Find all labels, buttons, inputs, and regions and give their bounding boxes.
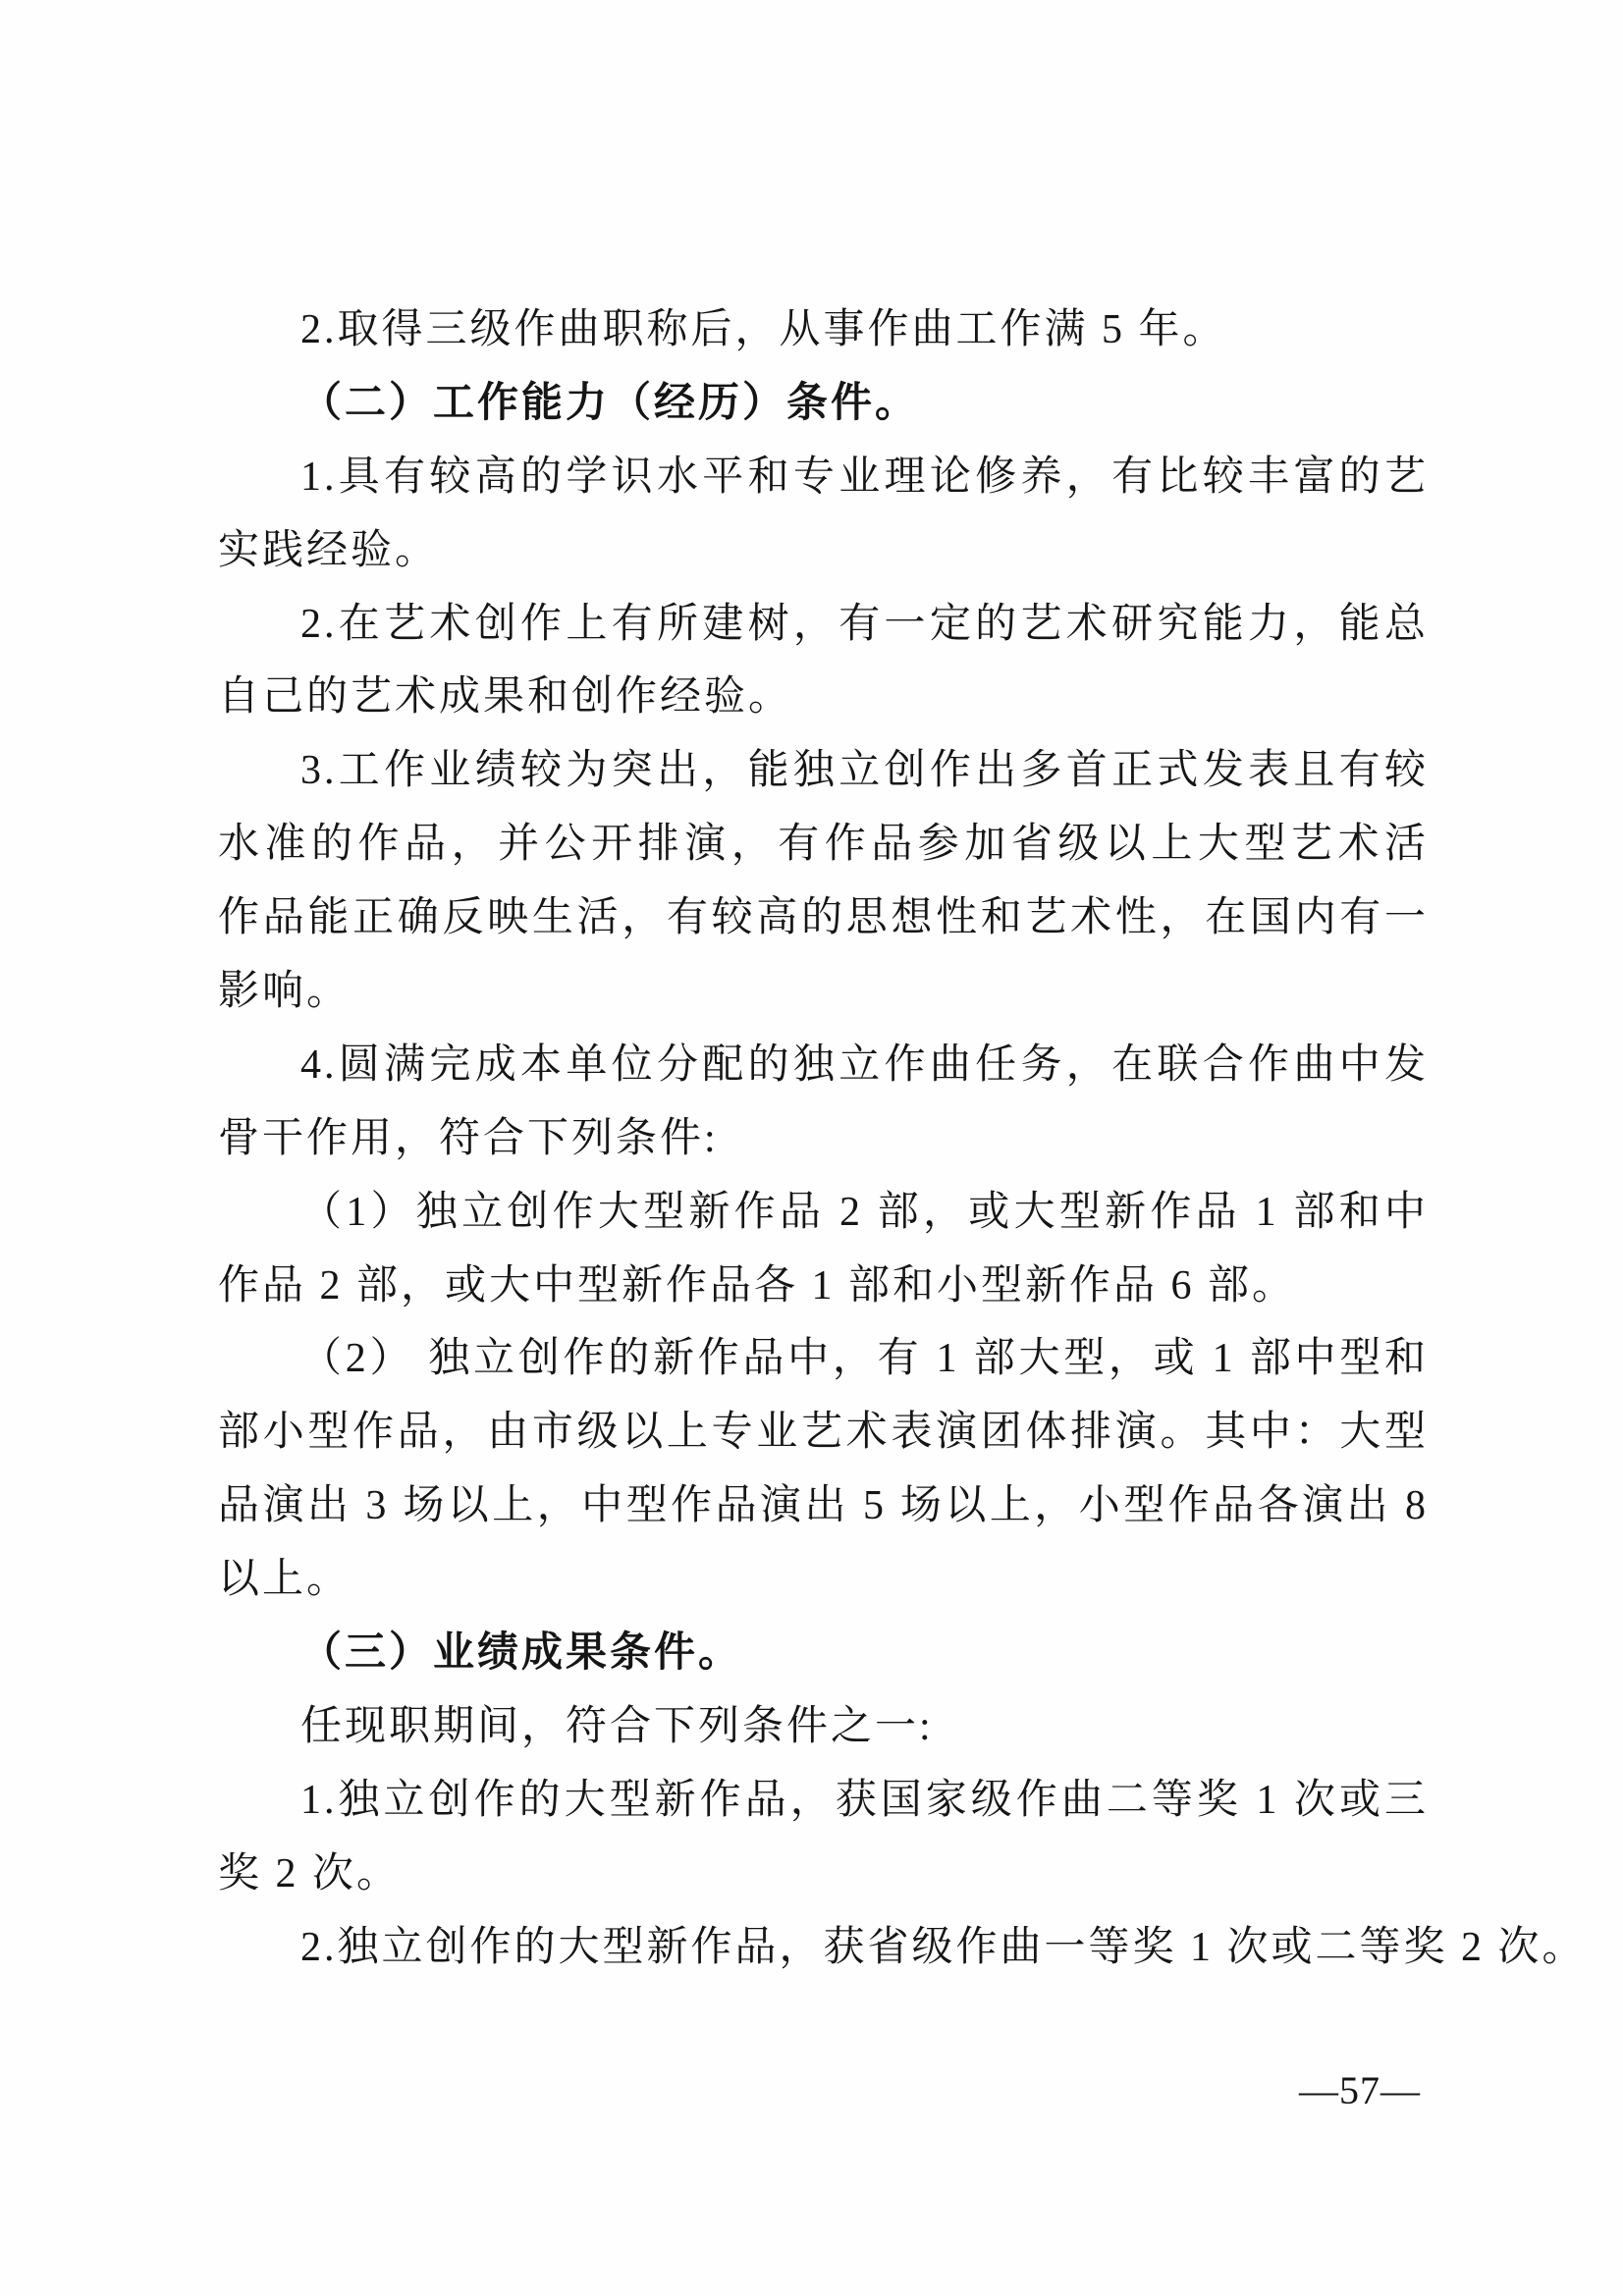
text-line: 以上。 <box>218 1543 1429 1617</box>
text-line: 部小型作品，由市级以上专业艺术表演团体排演。其中：大型作 <box>218 1396 1429 1469</box>
document-page: 2.取得三级作曲职称后，从事作曲工作满 5 年。（二）工作能力（经历）条件。1.… <box>0 0 1623 2296</box>
text-line: 品演出 3 场以上，中型作品演出 5 场以上，小型作品各演出 8 场 <box>218 1469 1429 1543</box>
text-line: 奖 2 次。 <box>218 1838 1429 1911</box>
text-line: 2.取得三级作曲职称后，从事作曲工作满 5 年。 <box>218 294 1429 367</box>
text-line: 任现职期间，符合下列条件之一: <box>218 1690 1429 1764</box>
page-number: —57— <box>1299 2067 1421 2114</box>
text-line: 1.独立创作的大型新作品，获国家级作曲二等奖 1 次或三等 <box>218 1764 1429 1838</box>
text-line: 实践经验。 <box>218 514 1429 588</box>
text-line: 作品 2 部，或大中型新作品各 1 部和小型新作品 6 部。 <box>218 1250 1429 1323</box>
text-line: 4.圆满完成本单位分配的独立作曲任务，在联合作曲中发挥 <box>218 1029 1429 1102</box>
text-line: 水准的作品，并公开排演，有作品参加省级以上大型艺术活动。 <box>218 808 1429 881</box>
document-body: 2.取得三级作曲职称后，从事作曲工作满 5 年。（二）工作能力（经历）条件。1.… <box>218 294 1429 1984</box>
text-line: （二）工作能力（经历）条件。 <box>218 367 1429 441</box>
text-line: 1.具有较高的学识水平和专业理论修养，有比较丰富的艺术 <box>218 441 1429 514</box>
text-line: 3.工作业绩较为突出，能独立创作出多首正式发表且有较高 <box>218 734 1429 808</box>
text-line: 2.在艺术创作上有所建树，有一定的艺术研究能力，能总结 <box>218 588 1429 662</box>
text-line: （1）独立创作大型新作品 2 部，或大型新作品 1 部和中型新 <box>218 1176 1429 1250</box>
text-line: （2） 独立创作的新作品中，有 1 部大型，或 1 部中型和 2 <box>218 1322 1429 1396</box>
text-line: 作品能正确反映生活，有较高的思想性和艺术性，在国内有一定 <box>218 881 1429 955</box>
text-line: 骨干作用，符合下列条件: <box>218 1102 1429 1176</box>
text-line: 影响。 <box>218 955 1429 1029</box>
text-line: 自己的艺术成果和创作经验。 <box>218 661 1429 734</box>
text-line: 2.独立创作的大型新作品，获省级作曲一等奖 1 次或二等奖 2 次。 <box>218 1911 1429 1985</box>
text-line: （三）业绩成果条件。 <box>218 1617 1429 1690</box>
